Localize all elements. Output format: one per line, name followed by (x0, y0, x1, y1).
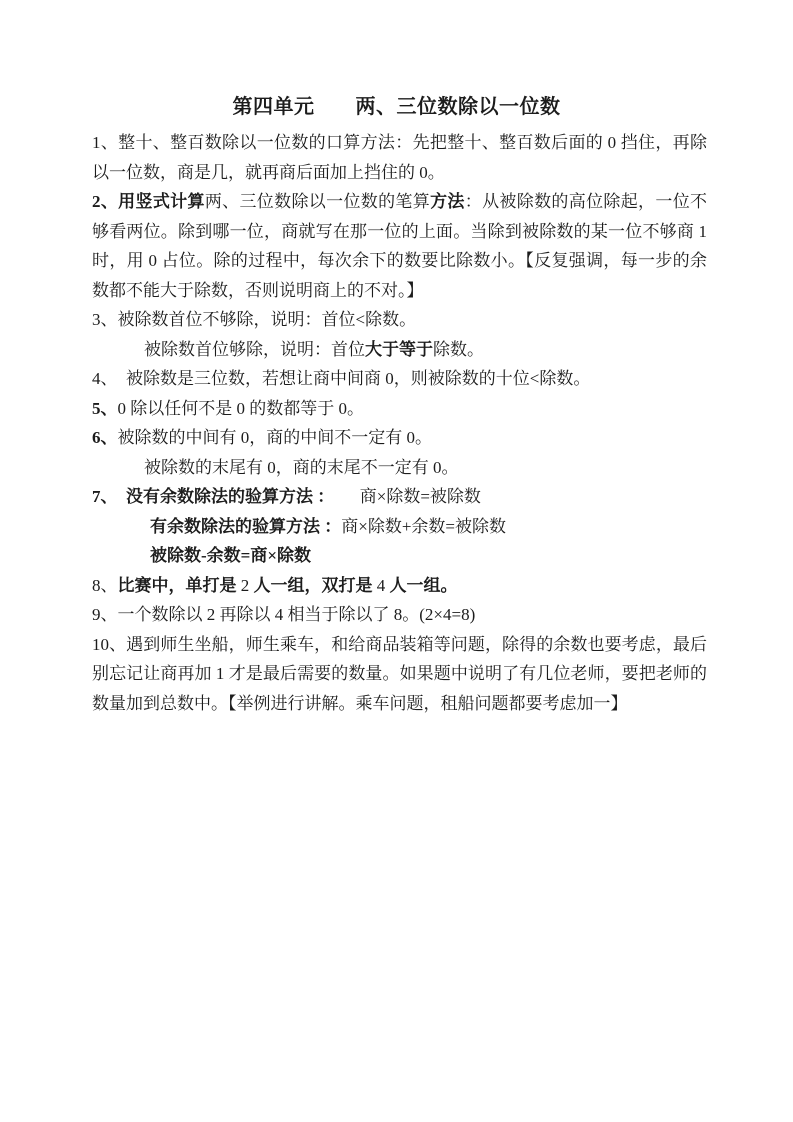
text-segment: 2、用竖式计算 (92, 192, 205, 211)
text-segment: 被除数首位够除，说明：首位 (144, 340, 365, 359)
text-segment: 4、 被除数是三位数，若想让商中间商 0，则被除数的十位<除数。 (92, 369, 590, 388)
text-segment: 两、三位数除以一位数的笔算 (205, 192, 430, 211)
text-segment: 人一组，双打是 (249, 576, 377, 595)
text-segment: 2 (241, 576, 250, 595)
text-segment: 除数。 (433, 340, 484, 359)
text-segment: 方法 (430, 192, 465, 211)
text-segment: 被除数的末尾有 0，商的末尾不一定有 0。 (144, 458, 459, 477)
document-page: 第四单元 两、三位数除以一位数 1、整十、整百数除以一位数的口算方法：先把整十、… (0, 0, 793, 1122)
item-7-line-2: 有余数除法的验算方法 ：商×除数+余数=被除数 (92, 512, 707, 542)
item-7-line-1: 7、 没有余数除法的验算方法 ： 商×除数=被除数 (92, 482, 707, 512)
item-9: 9、一个数除以 2 再除以 4 相当于除以了 8。(2×4=8) (92, 600, 707, 630)
item-7-line-3: 被除数-余数=商×除数 (92, 541, 707, 571)
text-segment: 被除数-余数=商×除数 (150, 546, 311, 565)
text-segment: 0 除以任何不是 0 的数都等于 0。 (118, 399, 365, 418)
text-segment: 商×除数=被除数 (326, 487, 481, 506)
text-segment: 人一组。 (385, 576, 457, 595)
text-segment: 被除数的中间有 0，商的中间不一定有 0。 (118, 428, 433, 447)
text-segment: 8、 (92, 576, 118, 595)
text-segment: 6、 (92, 428, 118, 447)
text-segment: 比赛中，单打是 (118, 576, 241, 595)
text-segment: 9、一个数除以 2 再除以 4 相当于除以了 8。(2×4=8) (92, 605, 475, 624)
item-5: 5、0 除以任何不是 0 的数都等于 0。 (92, 394, 707, 424)
text-segment: 4 (377, 576, 386, 595)
document-title: 第四单元 两、三位数除以一位数 (0, 0, 793, 120)
item-3-line-2: 被除数首位够除，说明：首位大于等于除数。 (92, 335, 707, 365)
text-segment: 1、整十、整百数除以一位数的口算方法：先把整十、整百数后面的 0 挡住，再除以一… (92, 133, 707, 182)
item-6-line-2: 被除数的末尾有 0，商的末尾不一定有 0。 (92, 453, 707, 483)
text-segment: 5、 (92, 399, 118, 418)
text-segment: 有余数除法的验算方法 ： (150, 517, 341, 536)
item-6-line-1: 6、被除数的中间有 0，商的中间不一定有 0。 (92, 423, 707, 453)
document-content: 1、整十、整百数除以一位数的口算方法：先把整十、整百数后面的 0 挡住，再除以一… (0, 128, 793, 718)
item-10: 10、遇到师生坐船，师生乘车，和给商品装箱等问题，除得的余数也要考虑，最后别忘记… (92, 630, 707, 719)
item-8: 8、比赛中，单打是 2 人一组，双打是 4 人一组。 (92, 571, 707, 601)
text-segment: 大于等于 (365, 340, 433, 359)
text-segment: 商×除数+余数=被除数 (341, 517, 506, 536)
text-segment: 10、遇到师生坐船，师生乘车，和给商品装箱等问题，除得的余数也要考虑，最后别忘记… (92, 635, 707, 713)
item-4: 4、 被除数是三位数，若想让商中间商 0，则被除数的十位<除数。 (92, 364, 707, 394)
item-3-line-1: 3、被除数首位不够除，说明：首位<除数。 (92, 305, 707, 335)
text-segment: 7、 没有余数除法的验算方法 ： (92, 487, 326, 506)
text-segment: 3、被除数首位不够除，说明：首位<除数。 (92, 310, 416, 329)
item-1: 1、整十、整百数除以一位数的口算方法：先把整十、整百数后面的 0 挡住，再除以一… (92, 128, 707, 187)
item-2: 2、用竖式计算两、三位数除以一位数的笔算方法：从被除数的高位除起，一位不够看两位… (92, 187, 707, 305)
